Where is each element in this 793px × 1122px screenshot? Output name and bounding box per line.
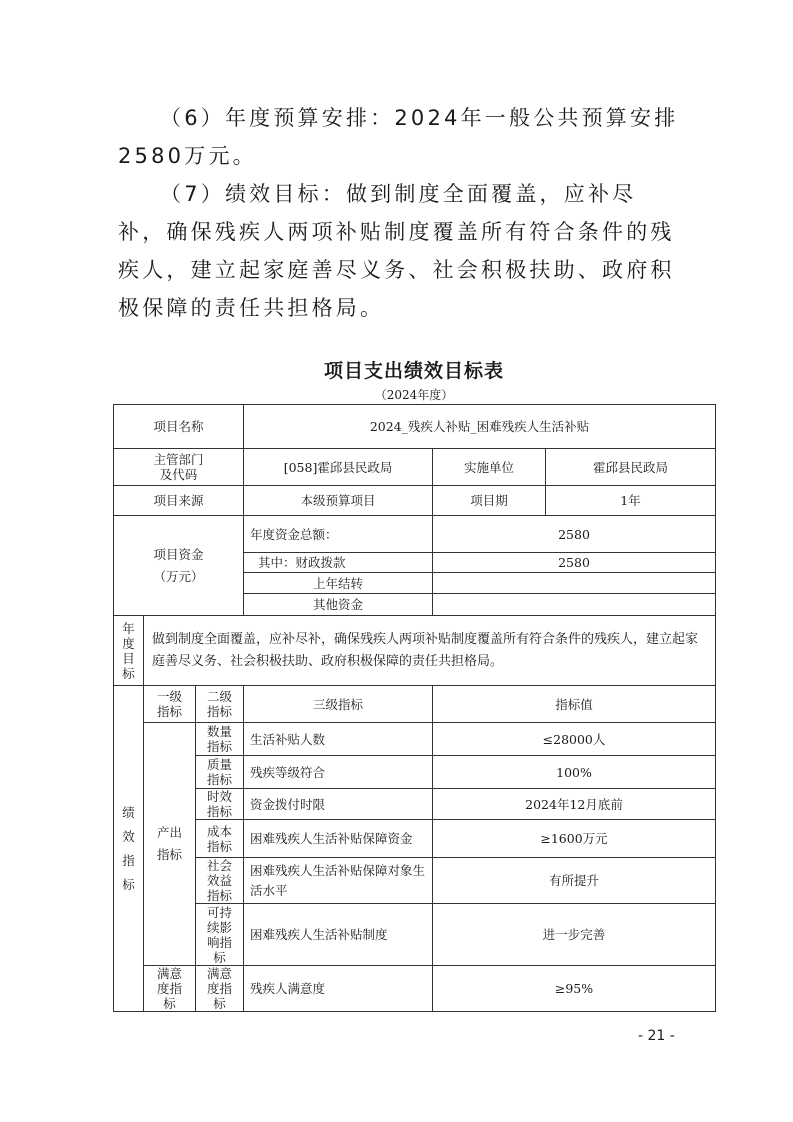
table-row: 质量指标 残疾等级符合 100% [114, 756, 716, 789]
project-name-value: 2024_残疾人补贴_困难残疾人生活补贴 [244, 405, 716, 449]
paragraph-annual-budget: （6）年度预算安排：2024年一般公共预算安排2580万元。 [118, 99, 683, 175]
table-row: 产出指标 数量指标 生活补贴人数 ≤28000人 [114, 723, 716, 756]
period-label: 项目期 [433, 486, 546, 516]
source-value: 本级预算项目 [244, 486, 433, 516]
funds-fiscal-value: 2580 [433, 553, 716, 573]
value-cell: ≥1600万元 [433, 820, 716, 858]
header-value: 指标值 [433, 686, 716, 723]
annual-goal-text: 做到制度全面覆盖，应补尽补，确保残疾人两项补贴制度覆盖所有符合条件的残疾人，建立… [144, 616, 716, 686]
level3-cell: 残疾人满意度 [244, 966, 433, 1012]
table-row: 满意度指标 满意度指标 残疾人满意度 ≥95% [114, 966, 716, 1012]
funds-total-label: 年度资金总额： [244, 516, 433, 553]
table-title: 项目支出绩效目标表 [113, 356, 715, 383]
level2-cell: 成本指标 [196, 820, 244, 858]
level2-cell: 数量指标 [196, 723, 244, 756]
impl-unit-value: 霍邱县民政局 [546, 449, 716, 486]
value-cell: 进一步完善 [433, 904, 716, 966]
level3-cell: 残疾等级符合 [244, 756, 433, 789]
level3-cell: 困难残疾人生活补贴保障资金 [244, 820, 433, 858]
level2-cell: 质量指标 [196, 756, 244, 789]
value-cell: ≥95% [433, 966, 716, 1012]
impl-unit-label: 实施单位 [433, 449, 546, 486]
funds-other-value [433, 594, 716, 616]
value-cell: 100% [433, 756, 716, 789]
level2-cell: 社会效益指标 [196, 858, 244, 904]
paragraph-performance-goal: （7）绩效目标：做到制度全面覆盖，应补尽补，确保残疾人两项补贴制度覆盖所有符合条… [118, 175, 683, 327]
output-indicators-label: 产出指标 [144, 723, 196, 966]
dept-label: 主管部门及代码 [114, 449, 244, 486]
table-row: 成本指标 困难残疾人生活补贴保障资金 ≥1600万元 [114, 820, 716, 858]
perf-indicators-label: 绩效指标 [114, 686, 144, 1012]
funds-fiscal-label: 其中：财政拨款 [244, 553, 433, 573]
value-cell: ≤28000人 [433, 723, 716, 756]
source-label: 项目来源 [114, 486, 244, 516]
page-number: - 21 - [638, 1028, 675, 1044]
table-row: 社会效益指标 困难残疾人生活补贴保障对象生活水平 有所提升 [114, 858, 716, 904]
level2-cell: 满意度指标 [196, 966, 244, 1012]
table-row: 可持续影响指标 困难残疾人生活补贴制度 进一步完善 [114, 904, 716, 966]
level2-cell: 时效指标 [196, 789, 244, 820]
dept-value: [058]霍邱县民政局 [244, 449, 433, 486]
funds-total-value: 2580 [433, 516, 716, 553]
project-name-label: 项目名称 [114, 405, 244, 449]
level3-cell: 困难残疾人生活补贴制度 [244, 904, 433, 966]
table-subtitle: （2024年度） [113, 386, 715, 403]
performance-target-table: 项目名称 2024_残疾人补贴_困难残疾人生活补贴 主管部门及代码 [058]霍… [113, 404, 716, 1012]
satisfaction-indicators-label: 满意度指标 [144, 966, 196, 1012]
value-cell: 2024年12月底前 [433, 789, 716, 820]
table-row: 时效指标 资金拨付时限 2024年12月底前 [114, 789, 716, 820]
period-value: 1年 [546, 486, 716, 516]
level3-cell: 困难残疾人生活补贴保障对象生活水平 [244, 858, 433, 904]
funds-carryover-label: 上年结转 [244, 573, 433, 594]
header-level2: 二级指标 [196, 686, 244, 723]
annual-goal-label: 年度目标 [114, 616, 144, 686]
level3-cell: 生活补贴人数 [244, 723, 433, 756]
header-level1: 一级指标 [144, 686, 196, 723]
value-cell: 有所提升 [433, 858, 716, 904]
level3-cell: 资金拨付时限 [244, 789, 433, 820]
funds-carryover-value [433, 573, 716, 594]
funds-label: 项目资金（万元） [114, 516, 244, 616]
level2-cell: 可持续影响指标 [196, 904, 244, 966]
funds-other-label: 其他资金 [244, 594, 433, 616]
header-level3: 三级指标 [244, 686, 433, 723]
